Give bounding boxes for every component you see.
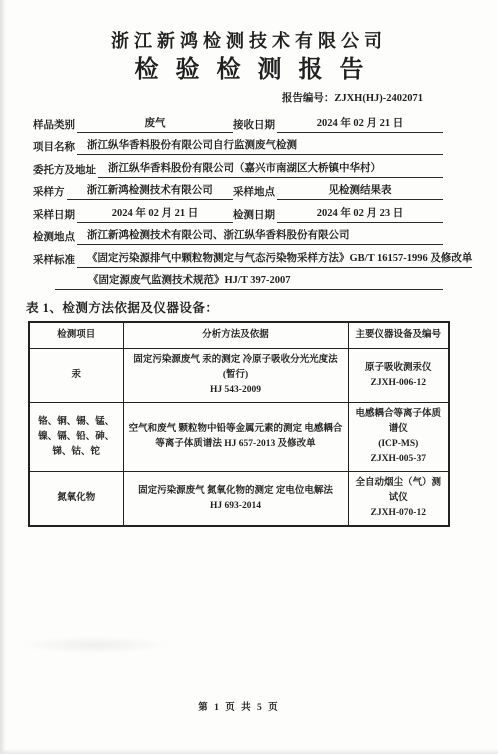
- item-cell: 氮氧化物: [29, 472, 123, 527]
- instrument-name: 原子吸收测汞仪: [354, 361, 444, 376]
- methods-table-section: 表 1、检测方法依据及仪器设备： 检测项目 分析方法及依据 主要仪器设备及编号 …: [0, 300, 498, 527]
- method-cell: 固定污染源废气 汞的测定 冷原子吸收分光光度法(暂行) HJ 543-2009: [123, 349, 348, 403]
- sampling-date-value: 2024 年 02 月 21 日: [77, 207, 233, 223]
- sampling-site-label: 采样地点: [233, 186, 277, 200]
- item-cell: 铬、铜、锡、锰、镍、镉、铅、砷、锑、钴、铊: [29, 403, 123, 472]
- instrument-id: ZJXH-070-12: [354, 506, 444, 521]
- test-site-label: 检测地点: [33, 231, 77, 245]
- standard-value-line1: 《固定污染源排气中颗粒物测定与气态污染物采样方法》GB/T 16157-1996…: [77, 252, 472, 268]
- instrument-id: ZJXH-005-37: [354, 452, 444, 467]
- instrument-cell: 全自动烟尘（气）测试仪 ZJXH-070-12: [348, 472, 449, 527]
- field-sampler: 采样方 浙江新鸿检测技术有限公司: [33, 184, 233, 200]
- instrument-name: 全自动烟尘（气）测试仪: [354, 476, 444, 506]
- report-header: 浙江新鸿检测技术有限公司 检验检测报告 报告编号：ZJXH(HJ)-240207…: [0, 0, 498, 106]
- field-sampling-site: 采样地点 见检测结果表: [233, 184, 443, 200]
- scan-smudge-artifact: [20, 636, 170, 654]
- field-sample-type: 样品类别 废气: [33, 117, 233, 133]
- report-title: 检验检测报告: [17, 54, 498, 86]
- col-header-instrument: 主要仪器设备及编号: [348, 322, 449, 349]
- report-number-label: 报告编号：: [282, 93, 335, 104]
- instrument-cell: 原子吸收测汞仪 ZJXH-006-12: [348, 349, 449, 403]
- sampling-site-value: 见检测结果表: [277, 184, 443, 200]
- receive-date-label: 接收日期: [233, 119, 277, 133]
- standard-value-line2: 《固定源废气监测技术规范》HJ/T 397-2007: [55, 274, 443, 290]
- project-name-value: 浙江纵华香料股份有限公司自行监测废气检测: [77, 139, 443, 155]
- method-standard-no: HJ 693-2014: [129, 499, 343, 514]
- method-line: 空气和废气 颗粒物中铅等金属元素的测定 电感耦合等离子体质谱法 HJ 657-2…: [129, 422, 343, 452]
- field-row-dates: 采样日期 2024 年 02 月 21 日 检测日期 2024 年 02 月 2…: [33, 200, 443, 223]
- method-cell: 固定污染源废气 氮氧化物的测定 定电位电解法 HJ 693-2014: [123, 472, 348, 527]
- methods-table-header: 检测项目 分析方法及依据 主要仪器设备及编号: [29, 322, 449, 349]
- test-date-value: 2024 年 02 月 23 日: [277, 207, 443, 223]
- sampling-date-label: 采样日期: [33, 209, 77, 223]
- receive-date-value: 2024 年 02 月 21 日: [277, 117, 443, 133]
- table-row: 氮氧化物 固定污染源废气 氮氧化物的测定 定电位电解法 HJ 693-2014 …: [29, 472, 449, 527]
- standard-label: 采样标准: [33, 254, 77, 268]
- sample-type-value: 废气: [77, 117, 233, 133]
- method-standard-no: HJ 543-2009: [129, 383, 343, 398]
- method-cell: 空气和废气 颗粒物中铅等金属元素的测定 电感耦合等离子体质谱法 HJ 657-2…: [123, 403, 348, 472]
- method-line: 固定污染源废气 氮氧化物的测定 定电位电解法: [129, 484, 343, 499]
- field-row-sampler-and-site: 采样方 浙江新鸿检测技术有限公司 采样地点 见检测结果表: [33, 178, 443, 201]
- methods-table: 检测项目 分析方法及依据 主要仪器设备及编号 汞 固定污染源废气 汞的测定 冷原…: [28, 321, 450, 527]
- header-row: 检测项目 分析方法及依据 主要仪器设备及编号: [29, 322, 449, 349]
- method-line: 固定污染源废气 汞的测定 冷原子吸收分光光度法(暂行): [129, 353, 343, 383]
- test-site-value: 浙江新鸿检测技术有限公司、浙江纵华香料股份有限公司: [77, 229, 443, 245]
- scan-edge-artifact: [0, 749, 498, 754]
- field-row-standard-line2: 《固定源废气监测技术规范》HJ/T 397-2007: [33, 268, 443, 291]
- instrument-cell: 电感耦合等离子体质谱仪 (ICP-MS) ZJXH-005-37: [348, 403, 449, 472]
- table-row: 汞 固定污染源废气 汞的测定 冷原子吸收分光光度法(暂行) HJ 543-200…: [29, 349, 449, 403]
- report-number-value: ZJXH(HJ)-2402071: [334, 93, 423, 104]
- sampler-label: 采样方: [33, 186, 67, 200]
- company-name: 浙江新鸿检测技术有限公司: [0, 0, 498, 54]
- field-row-test-site: 检测地点 浙江新鸿检测技术有限公司、浙江纵华香料股份有限公司: [33, 223, 443, 246]
- field-client: 委托方及地址 浙江纵华香料股份有限公司（嘉兴市南湖区大桥镇中华村）: [33, 162, 443, 178]
- client-label: 委托方及地址: [33, 164, 98, 178]
- table-row: 铬、铜、锡、锰、镍、镉、铅、砷、锑、钴、铊 空气和废气 颗粒物中铅等金属元素的测…: [29, 403, 449, 472]
- field-standard: 采样标准 《固定污染源排气中颗粒物测定与气态污染物采样方法》GB/T 16157…: [33, 252, 472, 268]
- field-row-sample-and-receive: 样品类别 废气 接收日期 2024 年 02 月 21 日: [33, 110, 443, 133]
- report-page: 浙江新鸿检测技术有限公司 检验检测报告 报告编号：ZJXH(HJ)-240207…: [0, 0, 498, 754]
- field-row-client: 委托方及地址 浙江纵华香料股份有限公司（嘉兴市南湖区大桥镇中华村）: [33, 155, 443, 178]
- page-footer: 第 1 页 共 5 页: [0, 699, 478, 713]
- instrument-abbr: (ICP-MS): [354, 437, 444, 452]
- sampler-value: 浙江新鸿检测技术有限公司: [67, 184, 234, 200]
- item-cell: 汞: [29, 349, 123, 403]
- sample-type-label: 样品类别: [33, 119, 77, 133]
- field-sampling-date: 采样日期 2024 年 02 月 21 日: [33, 207, 233, 223]
- field-test-site: 检测地点 浙江新鸿检测技术有限公司、浙江纵华香料股份有限公司: [33, 229, 443, 245]
- field-test-date: 检测日期 2024 年 02 月 23 日: [233, 207, 443, 223]
- test-date-label: 检测日期: [233, 209, 277, 223]
- field-row-project-name: 项目名称 浙江纵华香料股份有限公司自行监测废气检测: [33, 133, 443, 156]
- field-receive-date: 接收日期 2024 年 02 月 21 日: [233, 117, 443, 133]
- table-title: 表 1、检测方法依据及仪器设备：: [26, 300, 498, 316]
- col-header-method: 分析方法及依据: [123, 322, 348, 349]
- col-header-item: 检测项目: [29, 322, 123, 349]
- report-fields: 样品类别 废气 接收日期 2024 年 02 月 21 日 项目名称 浙江纵华香…: [33, 110, 443, 290]
- report-number-line: 报告编号：ZJXH(HJ)-2402071: [0, 92, 498, 106]
- instrument-id: ZJXH-006-12: [354, 376, 444, 391]
- instrument-name: 电感耦合等离子体质谱仪: [354, 407, 444, 437]
- client-value: 浙江纵华香料股份有限公司（嘉兴市南湖区大桥镇中华村）: [98, 162, 443, 178]
- project-name-label: 项目名称: [33, 141, 77, 155]
- field-row-standard-line1: 采样标准 《固定污染源排气中颗粒物测定与气态污染物采样方法》GB/T 16157…: [33, 245, 443, 268]
- field-project-name: 项目名称 浙江纵华香料股份有限公司自行监测废气检测: [33, 139, 443, 155]
